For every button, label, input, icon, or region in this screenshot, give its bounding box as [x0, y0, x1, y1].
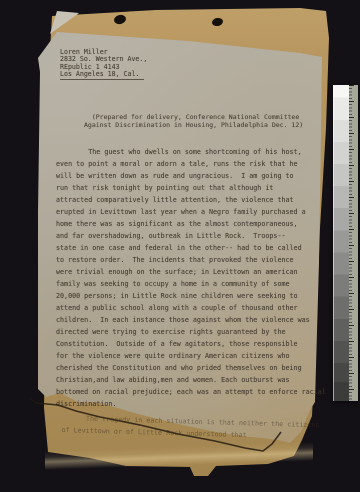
text-line: cherished the Constitution and who pride… — [56, 362, 326, 374]
text-line: to restore order. The incidents that pro… — [56, 254, 326, 266]
text-line: discrimination. — [56, 398, 326, 410]
text-line: run that risk tonight by pointing out th… — [56, 182, 326, 194]
text-line: even to point a moral or adorn a tale, r… — [56, 158, 326, 170]
text-line: erupted in Levittown last year when a Ne… — [56, 206, 326, 218]
text-line: directed were trying to exercise rights … — [56, 326, 326, 338]
text-line: 20,000 persons; in Little Rock nine chil… — [56, 290, 326, 302]
text-line: will be written down as rude and ungraci… — [56, 170, 326, 182]
text-line: Christian,and law abiding,men and women.… — [56, 374, 326, 386]
speech-body-text: The guest who dwells on some shortcoming… — [56, 146, 326, 410]
text-line: state in one case and federal in the oth… — [56, 242, 326, 254]
sender-address-block: Loren Miller 2832 So. Western Ave., REpu… — [60, 49, 147, 80]
text-line: home there was as significant as the alm… — [56, 218, 326, 230]
text-line: The guest who dwells on some shortcoming… — [56, 146, 326, 158]
text-line: children. In each instance those against… — [56, 314, 326, 326]
grayscale-calibration-bar — [333, 85, 358, 401]
preface-note: (Prepared for delivery, Conference Natio… — [84, 114, 303, 129]
text-line: attracted comparatively little attention… — [56, 194, 326, 206]
text-line: Constitution. Outside of a few agitators… — [56, 338, 326, 350]
text-line: attend a public school along with a coup… — [56, 302, 326, 314]
text-line: were trivial enough on the surface; in L… — [56, 266, 326, 278]
text-line: for the violence were quite ordinary Ame… — [56, 350, 326, 362]
ruler-strip — [349, 85, 358, 401]
text-line: bottomed on racial prejudice; each was a… — [56, 386, 326, 398]
text-line: Against Discrimination in Housing, Phila… — [84, 122, 303, 130]
text-line: family was seeking to occupy a home in a… — [56, 278, 326, 290]
text-line: and far overshadowing, outbreak in Littl… — [56, 230, 326, 242]
sender-city: Los Angeles 18, Cal. — [60, 71, 144, 79]
grayscale-steps — [333, 85, 350, 401]
